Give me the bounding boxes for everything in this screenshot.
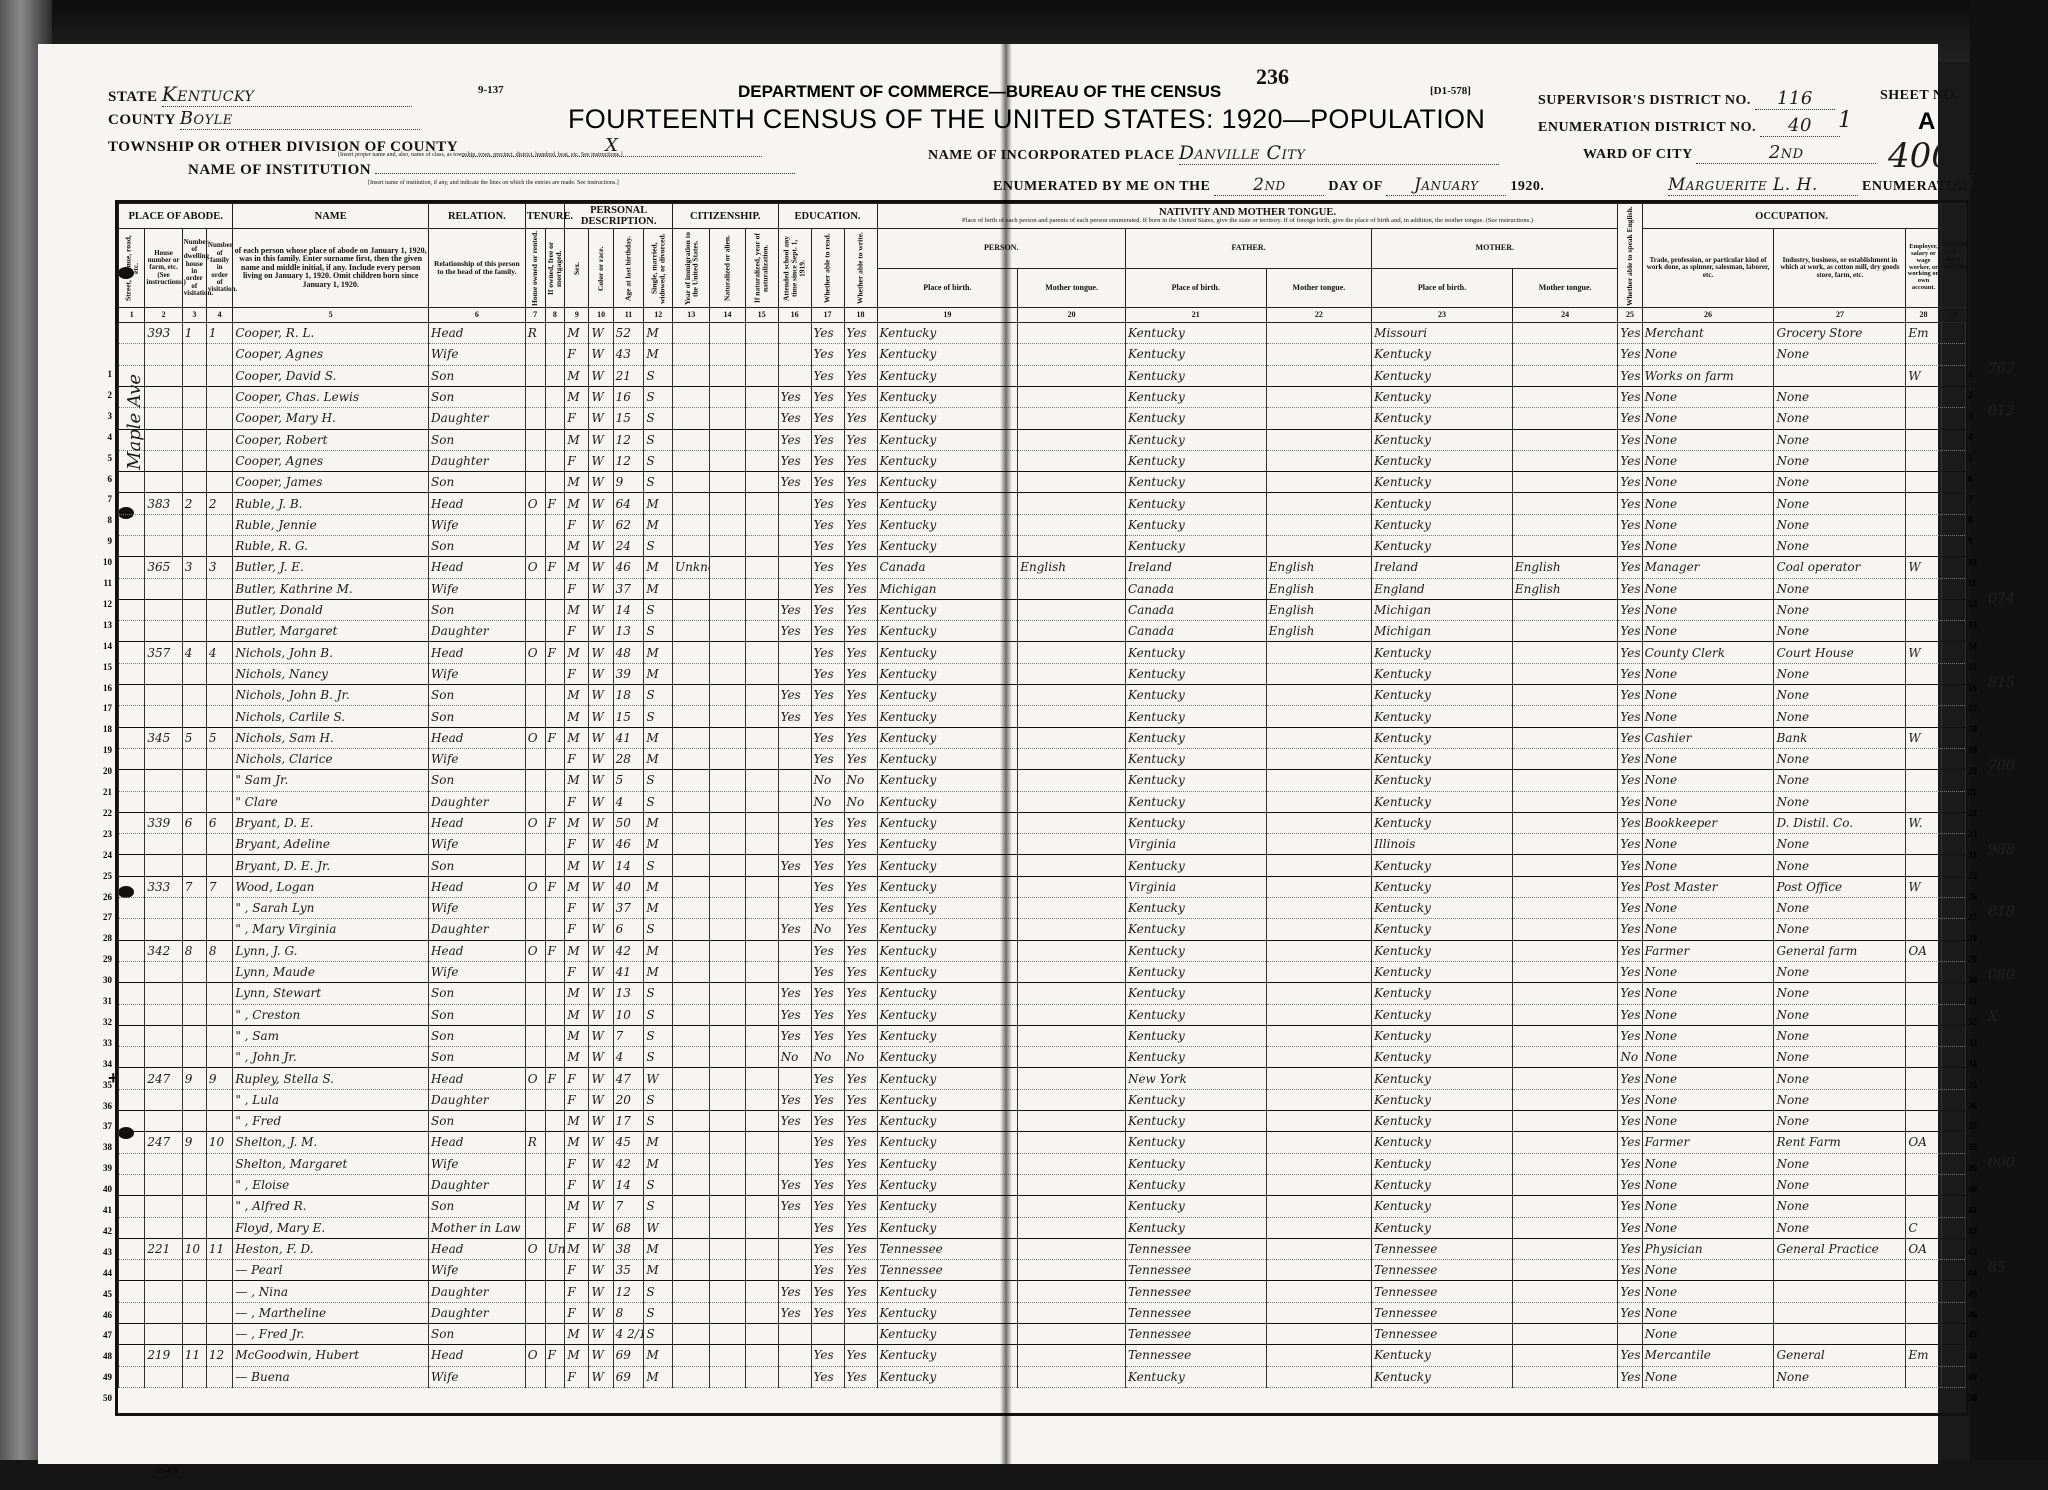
farm-schedule-cell [1941,706,1965,727]
age-cell: 62 [613,514,644,535]
father-birthplace-cell: Canada [1125,621,1266,642]
dwelling-number-cell [182,536,206,557]
farm-schedule-cell [1941,1196,1965,1217]
census-row: Butler, DonaldSonMW14SYesYesYesKentuckyC… [119,599,1966,620]
sex-cell: M [565,1004,589,1025]
street-cell [119,1025,145,1046]
father-birthplace-cell: Kentucky [1125,1174,1266,1195]
mother-mother-tongue-cell [1512,834,1618,855]
industry-cell: Rent Farm [1774,1132,1906,1153]
marital-status-cell: S [644,621,673,642]
immigration-year-cell [673,898,710,919]
father-tongue-cell [1266,898,1372,919]
father-birthplace-cell: Kentucky [1125,983,1266,1004]
sex-cell: F [565,1302,589,1323]
line-number-right: 47 [1968,1330,1977,1340]
line-number-left: 24 [96,850,112,860]
margin-code-note: 074 [1988,591,2015,607]
father-tongue-cell [1266,1281,1372,1302]
street-name: Maple Ave [124,374,145,470]
street-cell [119,1238,145,1259]
race-cell: W [589,557,613,578]
line-number-right: 25 [1968,871,1977,881]
speaks-english-cell: Yes [1618,642,1642,663]
dwelling-number-cell [182,1302,206,1323]
father-birthplace-cell: Kentucky [1125,770,1266,791]
mortgage-cell [545,1153,565,1174]
race-cell: W [589,812,613,833]
can-write-cell: Yes [844,557,877,578]
father-birthplace-cell: Canada [1125,578,1266,599]
person-name-cell: " , Fred [233,1111,429,1132]
immigration-year-cell [673,1174,710,1195]
line-number-right: 27 [1968,912,1977,922]
naturalization-year-cell [745,1323,778,1344]
relation-cell: Wife [429,344,526,365]
race-cell: W [589,706,613,727]
father-birthplace-cell: Tennessee [1125,1281,1266,1302]
sex-cell: M [565,386,589,407]
birthplace-cell: Kentucky [877,834,1018,855]
naturalization-year-cell [745,514,778,535]
naturalized-cell [710,876,745,897]
age-cell: 41 [613,961,644,982]
mother-tongue-cell [1018,727,1126,748]
sex-cell: M [565,642,589,663]
marital-status-cell: M [644,1238,673,1259]
census-row: " , SamSonMW7SYesYesYesKentuckyKentuckyK… [119,1025,1966,1046]
immigration-year-cell [673,1153,710,1174]
mortgage-cell [545,1217,565,1238]
age-cell: 68 [613,1217,644,1238]
margin-code-note: 700 [1988,758,2015,774]
can-write-cell: Yes [844,685,877,706]
can-read-cell: Yes [811,706,844,727]
mother-birthplace-cell: Kentucky [1372,1111,1513,1132]
family-number-cell [206,1366,232,1387]
column-number: 19 [877,308,1018,323]
dwelling-number-cell [182,685,206,706]
mother-tongue-cell [1018,536,1126,557]
relation-cell: Wife [429,1366,526,1387]
employer-class-cell [1906,706,1941,727]
race-cell: W [589,1323,613,1344]
industry-cell: None [1774,898,1906,919]
race-cell: W [589,1068,613,1089]
house-number-cell [145,429,182,450]
farm-schedule-cell [1941,1260,1965,1281]
farm-schedule-cell [1941,855,1965,876]
home-owned-cell [525,961,545,982]
dwelling-number-cell: 11 [182,1345,206,1366]
sex-cell: F [565,1153,589,1174]
farm-schedule-cell [1941,1323,1965,1344]
family-number-cell [206,983,232,1004]
industry-cell: None [1774,536,1906,557]
naturalization-year-cell [745,429,778,450]
line-number-right: 9 [1968,536,1973,546]
attended-school-cell: Yes [778,1111,811,1132]
farm-schedule-cell [1941,493,1965,514]
line-number-right: 35 [1968,1080,1977,1090]
age-cell: 64 [613,493,644,514]
mother-mother-tongue-cell [1512,1025,1618,1046]
can-read-cell: No [811,770,844,791]
age-cell: 38 [613,1238,644,1259]
house-number-cell [145,1047,182,1068]
naturalized-cell [710,1196,745,1217]
line-number-left: 4 [96,432,112,442]
census-row: Bryant, D. E. Jr.SonMW14SYesYesYesKentuc… [119,855,1966,876]
mother-birthplace-cell: Kentucky [1372,855,1513,876]
street-cell [119,578,145,599]
column-number: 13 [673,308,710,323]
can-read-cell: Yes [811,578,844,599]
naturalized-cell [710,1238,745,1259]
marital-status-cell: S [644,1004,673,1025]
speaks-english-cell: Yes [1618,323,1642,344]
mortgage-cell [545,1281,565,1302]
immigration-year-cell [673,599,710,620]
home-owned-cell: O [525,642,545,663]
trade-cell: None [1642,1196,1774,1217]
census-title: FOURTEENTH CENSUS OF THE UNITED STATES: … [568,104,1485,135]
sheet-side: A [1918,108,1935,136]
col-22-header: Mother tongue. [1266,268,1372,308]
can-read-cell: Yes [811,1260,844,1281]
mother-birthplace-cell: Tennessee [1372,1260,1513,1281]
line-number-left: 37 [96,1121,112,1131]
person-name-cell: — , Nina [233,1281,429,1302]
attended-school-cell [778,1366,811,1387]
can-write-cell: Yes [844,748,877,769]
home-owned-cell [525,578,545,599]
dwelling-number-cell [182,706,206,727]
line-number-right: 39 [1968,1163,1977,1173]
home-owned-cell [525,983,545,1004]
can-read-cell: Yes [811,536,844,557]
speaks-english-cell: Yes [1618,536,1642,557]
mortgage-cell [545,514,565,535]
can-write-cell: Yes [844,1174,877,1195]
stamp-number: 4001 [1888,136,1975,176]
can-write-cell: Yes [844,1302,877,1323]
attended-school-cell: Yes [778,1089,811,1110]
sex-cell: M [565,1132,589,1153]
mother-mother-tongue-cell [1512,621,1618,642]
can-write-cell: Yes [844,876,877,897]
can-write-cell: Yes [844,1111,877,1132]
dwelling-number-cell: 3 [182,557,206,578]
mortgage-cell [545,323,565,344]
sex-cell: M [565,940,589,961]
col-5-header: of each person whose place of abode on J… [233,229,429,308]
mortgage-cell [545,685,565,706]
column-number: 29 [1941,308,1965,323]
can-write-cell: Yes [844,855,877,876]
can-write-cell: Yes [844,1132,877,1153]
father-birthplace-cell: Ireland [1125,557,1266,578]
naturalized-cell [710,834,745,855]
mother-birthplace-cell: Kentucky [1372,365,1513,386]
immigration-year-cell [673,770,710,791]
home-owned-cell [525,748,545,769]
relation-cell: Wife [429,834,526,855]
mortgage-cell [545,1323,565,1344]
family-number-cell [206,365,232,386]
trade-cell: Post Master [1642,876,1774,897]
person-name-cell: Ruble, J. B. [233,493,429,514]
trade-cell: Farmer [1642,940,1774,961]
trade-cell: None [1642,1302,1774,1323]
father-tongue-cell [1266,472,1372,493]
immigration-year-cell [673,365,710,386]
family-number-cell: 12 [206,1345,232,1366]
can-read-cell: Yes [811,1281,844,1302]
person-name-cell: " Sam Jr. [233,770,429,791]
dwelling-number-cell [182,898,206,919]
industry-cell: None [1774,1047,1906,1068]
attended-school-cell [778,770,811,791]
employer-class-cell [1906,493,1941,514]
attended-school-cell: Yes [778,1302,811,1323]
relation-cell: Son [429,536,526,557]
person-name-cell: Cooper, Chas. Lewis [233,386,429,407]
enumeration-date-field: ENUMERATED BY ME ON THE 2nd DAY OF Janua… [993,175,1544,196]
home-owned-cell [525,1025,545,1046]
relation-cell: Son [429,1323,526,1344]
father-birthplace-cell: Kentucky [1125,408,1266,429]
person-name-cell: Butler, Donald [233,599,429,620]
marital-status-cell: S [644,536,673,557]
mother-tongue-cell [1018,493,1126,514]
dwelling-number-cell [182,1089,206,1110]
farm-schedule-cell [1941,1004,1965,1025]
line-number-left: 28 [96,933,112,943]
column-number: 3 [182,308,206,323]
marital-status-cell: M [644,961,673,982]
attended-school-cell: Yes [778,1174,811,1195]
mother-mother-tongue-cell [1512,536,1618,557]
column-number: 15 [745,308,778,323]
mortgage-cell: F [545,876,565,897]
dwelling-number-cell [182,855,206,876]
home-owned-cell [525,663,545,684]
father-tongue-cell [1266,323,1372,344]
father-birthplace-cell: Virginia [1125,876,1266,897]
speaks-english-cell: Yes [1618,898,1642,919]
line-number-left: 21 [96,787,112,797]
dwelling-number-cell [182,1196,206,1217]
naturalization-year-cell [745,748,778,769]
family-number-cell [206,408,232,429]
marital-status-cell: M [644,1153,673,1174]
father-tongue-cell [1266,685,1372,706]
mother-mother-tongue-cell [1512,1174,1618,1195]
census-row: — BuenaWifeFW69MYesYesKentuckyKentuckyKe… [119,1366,1966,1387]
column-number: 22 [1266,308,1372,323]
census-row: Nichols, ClariceWifeFW28MYesYesKentuckyK… [119,748,1966,769]
relation-cell: Daughter [429,919,526,940]
sex-cell: M [565,770,589,791]
mother-tongue-cell [1018,876,1126,897]
farm-schedule-cell [1941,599,1965,620]
relation-cell: Son [429,365,526,386]
speaks-english-cell: Yes [1618,961,1642,982]
farm-schedule-cell [1941,876,1965,897]
father-birthplace-cell: Kentucky [1125,642,1266,663]
line-number-left: 26 [96,892,112,902]
line-number-left: 23 [96,829,112,839]
sex-cell: M [565,855,589,876]
page-number: 236 [1256,64,1289,90]
father-tongue-cell [1266,663,1372,684]
can-write-cell: Yes [844,1366,877,1387]
ward-field: WARD OF CITY 2nd [1583,142,1876,164]
house-number-cell [145,621,182,642]
trade-cell: None [1642,663,1774,684]
person-name-cell: " , Creston [233,1004,429,1025]
column-number: 1 [119,308,145,323]
home-owned-cell [525,365,545,386]
family-number-cell [206,386,232,407]
mortgage-cell [545,1174,565,1195]
immigration-year-cell [673,621,710,642]
employer-class-cell [1906,472,1941,493]
trade-cell: Cashier [1642,727,1774,748]
can-read-cell: Yes [811,1025,844,1046]
mother-birthplace-cell: Kentucky [1372,429,1513,450]
relation-cell: Daughter [429,1302,526,1323]
marital-status-cell: S [644,599,673,620]
mother-mother-tongue-cell [1512,1260,1618,1281]
attended-school-cell: Yes [778,450,811,471]
mother-tongue-cell [1018,834,1126,855]
line-number-left: 12 [96,599,112,609]
person-name-cell: — Buena [233,1366,429,1387]
attended-school-cell: Yes [778,472,811,493]
employer-class-cell [1906,429,1941,450]
relation-cell: Daughter [429,621,526,642]
mother-mother-tongue-cell: English [1512,557,1618,578]
speaks-english-cell: Yes [1618,386,1642,407]
supervisor-district-field: SUPERVISOR'S DISTRICT NO. 116 [1538,88,1835,110]
family-number-cell [206,748,232,769]
farm-schedule-cell [1941,386,1965,407]
person-name-cell: Lynn, Maude [233,961,429,982]
line-number-right: 15 [1968,662,1977,672]
attended-school-cell [778,748,811,769]
farm-schedule-cell [1941,621,1965,642]
naturalization-year-cell [745,983,778,1004]
form-code: [D1-578] [1430,85,1471,97]
mother-tongue-cell [1018,514,1126,535]
family-number-cell [206,1174,232,1195]
person-name-cell: Heston, F. D. [233,1238,429,1259]
mother-mother-tongue-cell [1512,898,1618,919]
mother-tongue-cell [1018,1089,1126,1110]
trade-cell: None [1642,386,1774,407]
mother-mother-tongue-cell [1512,493,1618,514]
mortgage-cell: F [545,493,565,514]
department-heading: DEPARTMENT OF COMMERCE—BUREAU OF THE CEN… [738,82,1221,102]
dwelling-number-cell: 4 [182,642,206,663]
scan-frame-bottom [0,1460,2048,1490]
industry-cell: None [1774,1068,1906,1089]
trade-cell: None [1642,578,1774,599]
employer-class-cell [1906,344,1941,365]
employer-class-cell [1906,1111,1941,1132]
marital-status-cell: M [644,642,673,663]
industry-cell: None [1774,514,1906,535]
speaks-english-cell: Yes [1618,727,1642,748]
family-number-cell [206,1217,232,1238]
census-row: 36533Butler, J. E.HeadOFMW46MUnknownYesY… [119,557,1966,578]
father-tongue-cell [1266,919,1372,940]
mother-mother-tongue-cell [1512,983,1618,1004]
industry-cell: None [1774,919,1906,940]
father-tongue-cell [1266,1302,1372,1323]
can-write-cell: Yes [844,1089,877,1110]
mother-birthplace-cell: Tennessee [1372,1238,1513,1259]
speaks-english-cell: Yes [1618,1217,1642,1238]
mother-birthplace-cell: Kentucky [1372,812,1513,833]
father-birthplace-cell: Kentucky [1125,940,1266,961]
mother-mother-tongue-cell [1512,386,1618,407]
immigration-year-cell [673,1089,710,1110]
attended-school-cell [778,344,811,365]
mother-birthplace-cell: Kentucky [1372,1132,1513,1153]
mother-mother-tongue-cell [1512,450,1618,471]
home-owned-cell: O [525,1238,545,1259]
family-number-cell [206,344,232,365]
relation-cell: Daughter [429,450,526,471]
industry-cell: Post Office [1774,876,1906,897]
speaks-english-cell: Yes [1618,365,1642,386]
col-14-header: Naturalized or alien. [710,229,745,308]
naturalized-cell [710,514,745,535]
line-number-right: 20 [1968,766,1977,776]
mother-birthplace-cell: Kentucky [1372,1345,1513,1366]
can-read-cell: Yes [811,1132,844,1153]
line-number-left: 47 [96,1330,112,1340]
family-number-cell: 10 [206,1132,232,1153]
line-number-right: 7 [1968,494,1973,504]
employer-class-cell [1906,983,1941,1004]
race-cell: W [589,1004,613,1025]
speaks-english-cell: Yes [1618,429,1642,450]
employer-class-cell [1906,1260,1941,1281]
employer-class-cell [1906,536,1941,557]
col-9-header: Sex. [565,229,589,308]
can-write-cell: Yes [844,706,877,727]
enumeration-district-label: ENUMERATION DISTRICT NO. [1538,120,1756,135]
immigration-year-cell [673,514,710,535]
line-number-left: 49 [96,1372,112,1382]
speaks-english-cell: Yes [1618,557,1642,578]
trade-cell: None [1642,429,1774,450]
enumerator-field: Marguerite L. H. ENUMERATOR. [1668,175,1972,196]
col-18-header: Whether able to write. [844,229,877,308]
employer-class-cell [1906,961,1941,982]
attended-school-cell [778,961,811,982]
can-read-cell: Yes [811,685,844,706]
industry-cell: None [1774,1196,1906,1217]
speaks-english-cell: No [1618,1047,1642,1068]
census-row: " Sam Jr.SonMW5SNoNoKentuckyKentuckyKent… [119,770,1966,791]
industry-cell: None [1774,1153,1906,1174]
mortgage-cell [545,706,565,727]
